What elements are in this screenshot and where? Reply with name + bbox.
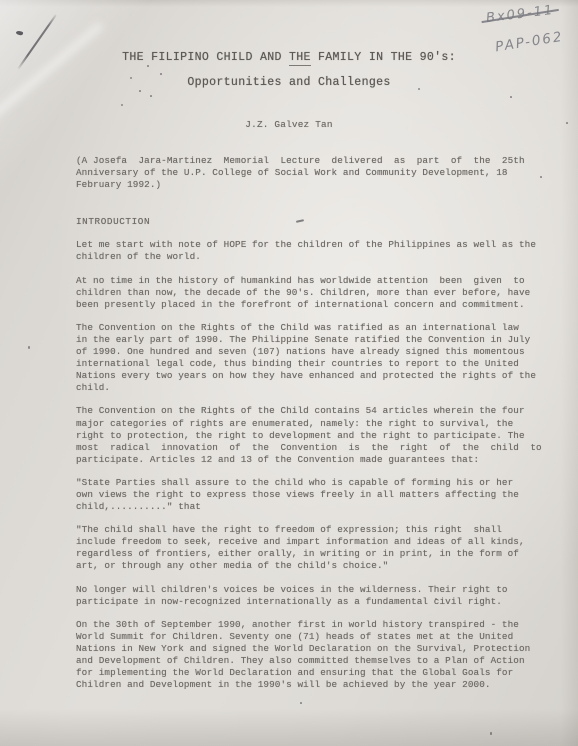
author-byline: J.Z. Galvez Tan xyxy=(0,119,578,130)
document-subtitle: Opportunities and Challenges xyxy=(0,76,578,89)
paper-speck xyxy=(490,732,492,735)
paragraph-6: On the 30th of September 1990, another f… xyxy=(76,619,546,692)
quote-paragraph-2: "The child shall have the right to freed… xyxy=(76,524,546,572)
paragraph-1: Let me start with note of HOPE for the c… xyxy=(76,239,546,263)
paper-speck xyxy=(147,65,149,67)
paragraph-5: No longer will children's voices be voic… xyxy=(76,584,546,608)
paper-speck xyxy=(150,95,152,97)
paragraph-4: The Convention on the Rights of the Chil… xyxy=(76,405,546,465)
lecture-note: (A Josefa Jara-Martinez Memorial Lecture… xyxy=(76,155,546,191)
paper-speck xyxy=(139,90,141,92)
quote-paragraph-1: "State Parties shall assure to the child… xyxy=(76,477,546,513)
handwritten-code-struck: Bx09-11 xyxy=(485,3,555,26)
paragraph-3: The Convention on the Rights of the Chil… xyxy=(76,322,546,395)
title-pre: THE FILIPINO CHILD AND xyxy=(122,51,289,64)
document-title: THE FILIPINO CHILD AND THE FAMILY IN THE… xyxy=(0,51,578,64)
paper-speck xyxy=(28,346,30,349)
paper-crease xyxy=(0,22,103,124)
paper-speck xyxy=(160,73,162,75)
scanned-page: Bx09-11 PAP-062 THE FILIPINO CHILD AND T… xyxy=(0,0,578,746)
document-body: (A Josefa Jara-Martinez Memorial Lecture… xyxy=(76,155,546,702)
paragraph-2: At no time in the history of humankind h… xyxy=(76,275,546,311)
pencil-check-mark xyxy=(16,30,24,36)
section-heading: INTRODUCTION xyxy=(76,216,546,228)
title-underlined-word: THE xyxy=(289,51,311,66)
title-post: FAMILY IN THE 90's: xyxy=(311,51,456,64)
paper-speck xyxy=(121,104,123,106)
paper-speck xyxy=(510,96,512,98)
